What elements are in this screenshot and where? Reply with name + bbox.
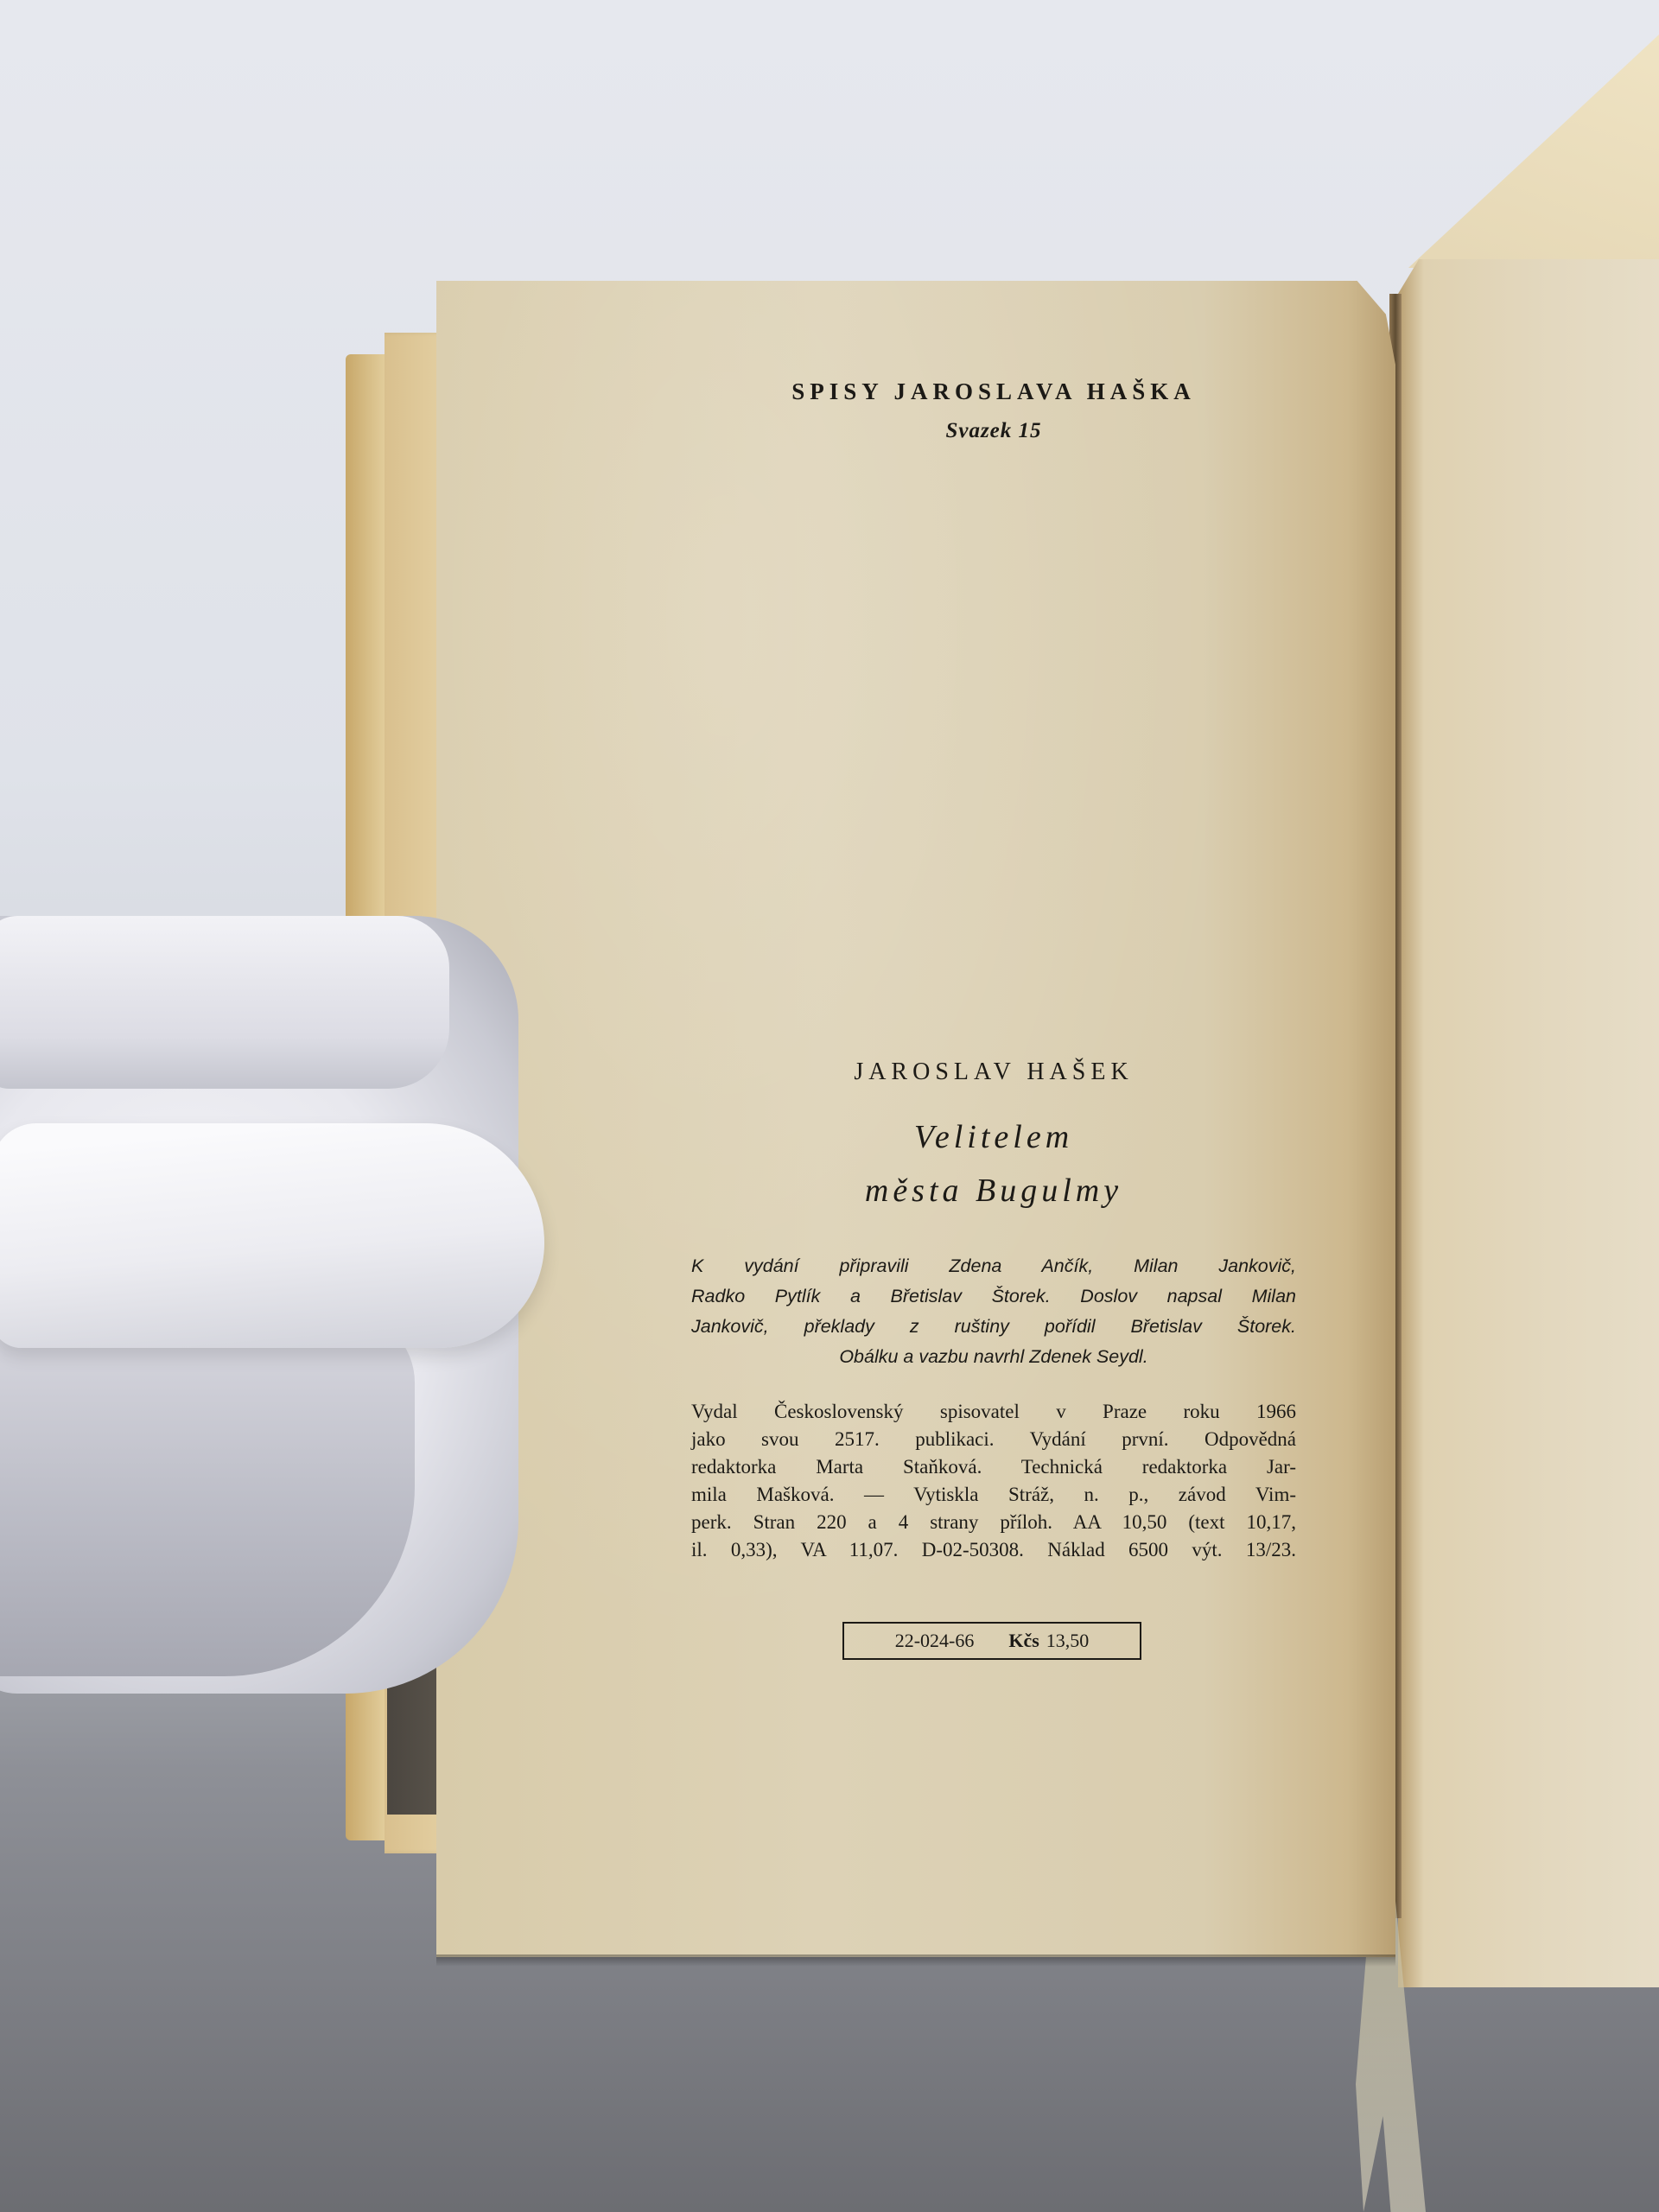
credits-line: K vydání připravili Zdena Ančík, Milan J…: [691, 1251, 1296, 1281]
credits-line: Radko Pytlík a Břetislav Štorek. Doslov …: [691, 1281, 1296, 1312]
glove-thumb: [0, 1123, 544, 1348]
credits-line: Obálku a vazbu navrhl Zdenek Seydl.: [691, 1342, 1296, 1372]
editorial-credits: K vydání připravili Zdena Ančík, Milan J…: [691, 1251, 1296, 1372]
page-shadow: [436, 1955, 1395, 1967]
catalog-number: 22-024-66: [895, 1630, 975, 1652]
glove-palm: [0, 1313, 415, 1676]
glove-index-finger: [0, 916, 449, 1089]
right-page-top: [1408, 35, 1659, 268]
book-title-line-2: města Bugulmy: [436, 1164, 1551, 1217]
price-value: 13,50: [1046, 1630, 1090, 1651]
imprint-line: il. 0,33), VA 11,07. D-02-50308. Náklad …: [691, 1536, 1296, 1564]
price-box: 22-024-66 Kčs13,50: [842, 1622, 1141, 1660]
book-photo: V c a s SPISY JAROSLAVA HAŠKA Svazek 15 …: [0, 0, 1659, 2212]
imprint-line: mila Mašková. — Vytiskla Stráž, n. p., z…: [691, 1481, 1296, 1509]
imprint-line: perk. Stran 220 a 4 strany příloh. AA 10…: [691, 1509, 1296, 1536]
price-currency: Kčs: [1008, 1630, 1039, 1651]
publication-imprint: Vydal Československý spisovatel v Praze …: [691, 1398, 1296, 1564]
imprint-line: jako svou 2517. publikaci. Vydání první.…: [691, 1426, 1296, 1453]
author-name: JAROSLAV HAŠEK: [436, 1058, 1551, 1086]
credits-line: Jankovič, překlady z ruštiny pořídil Bře…: [691, 1312, 1296, 1342]
imprint-line: Vydal Československý spisovatel v Praze …: [691, 1398, 1296, 1426]
series-title: SPISY JAROSLAVA HAŠKA: [436, 378, 1551, 405]
book-title-line-1: Velitelem: [436, 1110, 1551, 1164]
book-title: Velitelem města Bugulmy: [436, 1110, 1551, 1217]
imprint-line: redaktorka Marta Staňková. Technická red…: [691, 1453, 1296, 1481]
price: Kčs13,50: [1008, 1630, 1089, 1652]
series-volume: Svazek 15: [436, 419, 1551, 443]
